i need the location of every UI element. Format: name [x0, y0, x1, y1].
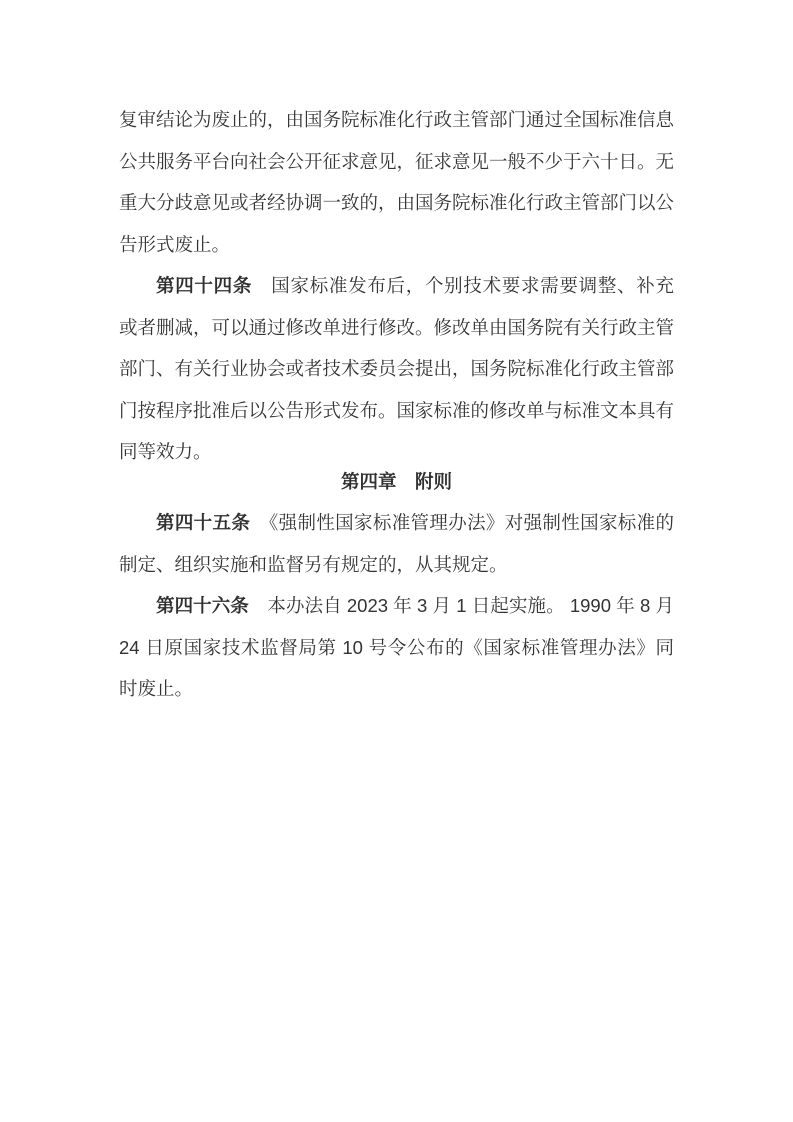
article-46-number: 第四十六条 — [156, 595, 249, 616]
article-45-number: 第四十五条 — [156, 512, 250, 533]
document-page: 复审结论为废止的，由国务院标准化行政主管部门通过全国标准信息公共服务平台向社会公… — [0, 0, 793, 1122]
article-44-number: 第四十四条 — [156, 275, 252, 296]
article-44-text: 国家标准发布后，个别技术要求需要调整、补充或者删减，可以通过修改单进行修改。修改… — [119, 275, 674, 462]
article-45-paragraph: 第四十五条 《强制性国家标准管理办法》对强制性国家标准的制定、组织实施和监督另有… — [119, 502, 674, 585]
article-46-paragraph: 第四十六条 本办法自 2023 年 3 月 1 日起实施。 1990 年 8 月… — [119, 585, 674, 710]
article-44-paragraph: 第四十四条 国家标准发布后，个别技术要求需要调整、补充或者删减，可以通过修改单进… — [119, 265, 674, 473]
continuation-paragraph: 复审结论为废止的，由国务院标准化行政主管部门通过全国标准信息公共服务平台向社会公… — [119, 99, 674, 265]
